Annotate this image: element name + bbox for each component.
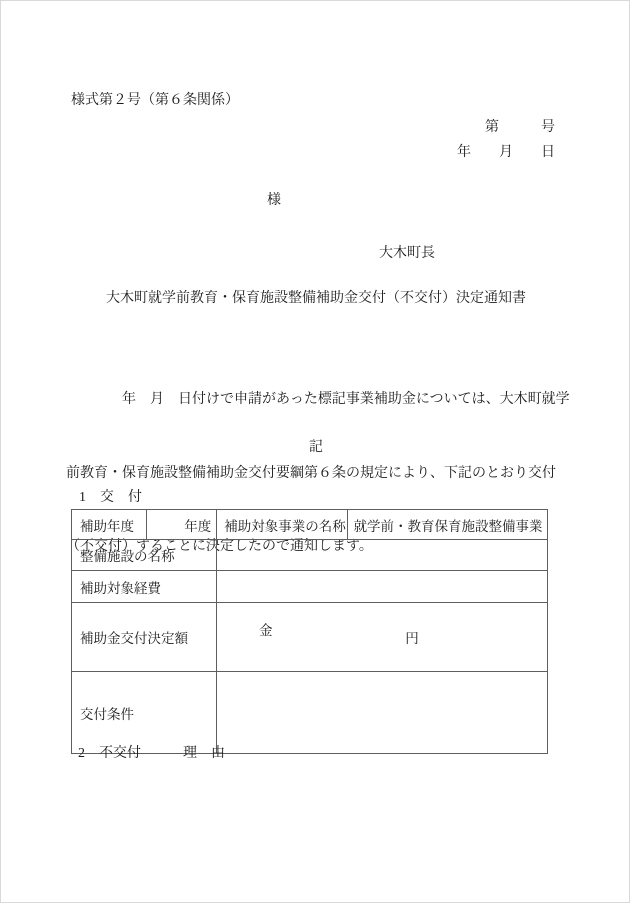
body-line-1: 年 月 日付けで申請があった標記事業補助金については、大木町就学 bbox=[66, 388, 566, 413]
section-1-heading: 1 交 付 bbox=[79, 490, 142, 506]
body-line-2: 前教育・保育施設整備補助金交付要綱第６条の規定により、下記のとおり交付 bbox=[66, 462, 566, 487]
facility-name-value-cell bbox=[217, 540, 548, 571]
eligible-expenses-value-cell bbox=[217, 571, 548, 603]
eligible-expenses-label-cell: 補助対象経費 bbox=[72, 571, 217, 603]
form-number: 様式第２号（第６条関係） bbox=[71, 93, 239, 109]
table-row-grant-conditions: 交付条件 bbox=[72, 672, 548, 754]
ki-separator-label: 記 bbox=[1, 440, 630, 456]
section-2-heading: 2 不交付 理 由 bbox=[78, 746, 225, 762]
amount-kin-prefix: 金 bbox=[259, 623, 273, 638]
grant-conditions-value-cell bbox=[217, 672, 548, 754]
date-line: 年 月 日 bbox=[457, 145, 555, 161]
grant-conditions-label-cell: 交付条件 bbox=[72, 672, 217, 754]
table-row-facility-name: 整備施設の名称 bbox=[72, 540, 548, 571]
document-page: 様式第２号（第６条関係） 第 号 年 月 日 様 大木町長 大木町就学前教育・保… bbox=[0, 0, 630, 903]
project-name-label-cell: 補助対象事業の名称 bbox=[217, 510, 347, 540]
subsidy-year-value-cell: 年度 bbox=[147, 510, 217, 540]
table-row-eligible-expenses: 補助対象経費 bbox=[72, 571, 548, 603]
table-row-grant-amount: 補助金交付決定額 金 円 bbox=[72, 603, 548, 672]
project-name-value-cell: 就学前・教育保育施設整備事業 bbox=[347, 510, 547, 540]
facility-name-label-cell: 整備施設の名称 bbox=[72, 540, 217, 571]
document-number-line: 第 号 bbox=[485, 120, 555, 136]
sender-name: 大木町長 bbox=[379, 246, 435, 262]
grant-decision-table: 補助年度 年度 補助対象事業の名称 就学前・教育保育施設整備事業 整備施設の名称… bbox=[71, 509, 548, 754]
subsidy-year-label-cell: 補助年度 bbox=[72, 510, 147, 540]
recipient-honorific: 様 bbox=[267, 193, 281, 209]
grant-amount-value-cell: 金 円 bbox=[217, 603, 548, 672]
grant-amount-label-cell: 補助金交付決定額 bbox=[72, 603, 217, 672]
table-row-header: 補助年度 年度 補助対象事業の名称 就学前・教育保育施設整備事業 bbox=[72, 510, 548, 540]
document-title: 大木町就学前教育・保育施設整備補助金交付（不交付）決定通知書 bbox=[1, 291, 630, 307]
amount-yen-suffix: 円 bbox=[405, 627, 419, 647]
